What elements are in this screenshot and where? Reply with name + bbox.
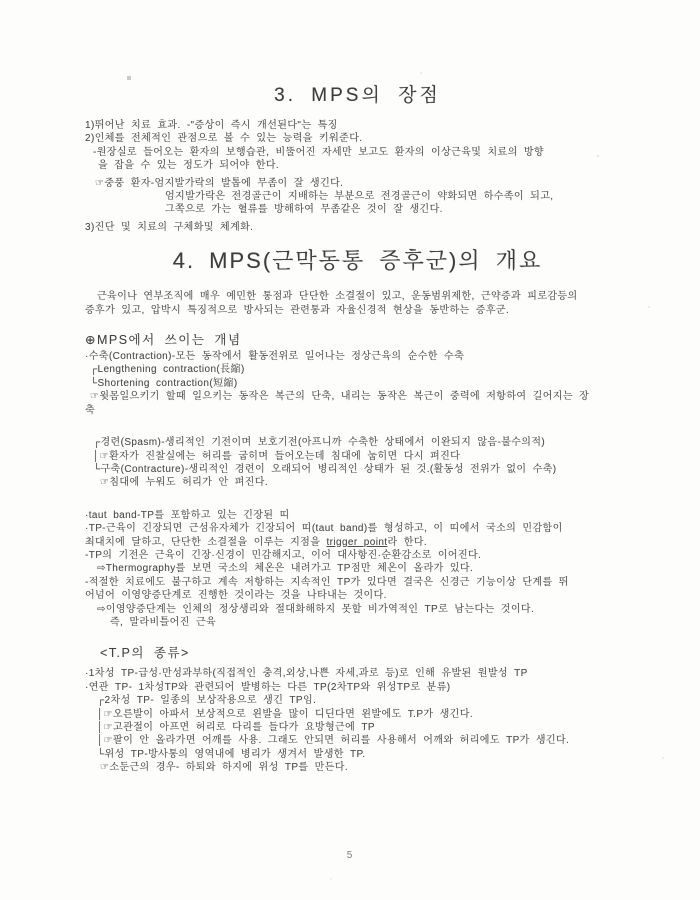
text-line: ☞침대에 누워도 허리가 안 펴진다.: [100, 476, 630, 489]
text-line: 3)진단 및 치료의 구체화및 체계화.: [85, 221, 630, 234]
text-line: 을 잡을 수 있는 정도가 되어야 한다.: [98, 159, 630, 172]
text-line: ☞윗몸일으키기 할때 일으키는 동작은 복근의 단축, 내리는 동작은 복근이 …: [90, 390, 630, 403]
text-line: ·taut band-TP를 포함하고 있는 긴장된 띠: [85, 509, 630, 522]
tp-types-body: ·1차성 TP-급성·만성과부하(직접적인 충격,외상,나쁜 자세,과로 등)로…: [85, 667, 630, 774]
section3-title: 3. MPS의 장점: [85, 86, 630, 106]
text-line: ☞소둔근의 경우- 하퇴와 하지에 위성 TP를 만든다.: [100, 761, 630, 774]
trigger-point-underlined: trigger point: [326, 537, 387, 548]
trigger-point-line: 최대치에 달하고, 단단한 소결절을 이루는 지점을 trigger point…: [85, 536, 630, 549]
spasm-body: ┌경련(Spasm)-생리적인 기전이며 보호기전(아프니까 수축한 상태에서 …: [85, 436, 630, 490]
text-line: -적절한 치료에도 불구하고 계속 저항하는 지속적인 TP가 있다면 결국은 …: [85, 576, 630, 589]
section4-intro: 근육이나 연부조직에 매우 예민한 통점과 단단한 소결절이 있고, 운동범위제…: [85, 290, 630, 317]
text-line: ·수축(Contraction)-모든 동작에서 활동전위로 일어나는 정상근육…: [85, 350, 630, 363]
document-body: 3. MPS의 장점 1)뛰어난 치료 효과. -"증상이 즉시 개선된다"는 …: [85, 0, 630, 775]
text-line: 1)뛰어난 치료 효과. -"증상이 즉시 개선된다"는 특징: [85, 119, 630, 132]
text-line: ┌경련(Spasm)-생리적인 기전이며 보호기전(아프니까 수축한 상태에서 …: [93, 436, 630, 449]
text-line: └Shortening contraction(短縮): [90, 377, 630, 390]
text-line: ┌2차성 TP- 일종의 보상작용으로 생긴 TP임.: [97, 694, 630, 707]
text-line: │☞팔이 안 올라가면 어깨를 사용. 그래도 안되면 허리를 사용해서 어깨와…: [97, 734, 630, 747]
text-line: 그쪽으로 가는 혈류를 방해하여 무좀같은 것이 잘 생긴다.: [165, 203, 630, 216]
text-line: 엄지발가락은 전경골근이 지배하는 부분으로 전경골근이 약화되면 하수족이 되…: [165, 190, 630, 203]
text-line: ·1차성 TP-급성·만성과부하(직접적인 충격,외상,나쁜 자세,과로 등)로…: [85, 667, 630, 680]
text-line: -원장실로 들어오는 환자의 보행습관, 비뚤어진 자세만 보고도 환자의 이상…: [93, 146, 630, 159]
text-line: 2)인체를 전체적인 관점으로 볼 수 있는 능력을 키워준다.: [85, 132, 630, 145]
text-line: └구축(Contracture)-생리적인 경련이 오래되어 병리적인 상태가 …: [93, 463, 630, 476]
trigger-line-pre: 최대치에 달하고, 단단한 소결절을 이루는 지점을: [85, 537, 326, 548]
text-line: ·연관 TP- 1차성TP와 관련되어 발병하는 다른 TP(2차TP와 위성T…: [85, 681, 630, 694]
concepts-heading: ⊕MPS에서 쓰이는 개념: [85, 332, 630, 348]
text-line: │☞고관절이 아프면 허리로 다리를 들다가 요방형근에 TP: [97, 721, 630, 734]
text-line: │☞오른발이 아파서 보상적으로 왼발을 많이 디딘다면 왼발에도 T.P가 생…: [97, 708, 630, 721]
text-line: ⇨Thermography를 보면 국소의 체온은 내려가고 TP점만 체온이 …: [97, 562, 630, 575]
text-line: 근육이나 연부조직에 매우 예민한 통점과 단단한 소결절이 있고, 운동범위제…: [97, 290, 630, 303]
text-line: ⇨이영양증단계는 인체의 정상생리와 절대화해하지 못할 비가역적인 TP로 남…: [97, 603, 630, 616]
text-line: ·TP-근육이 긴장되면 근섬유자체가 긴장되어 띠(taut band)를 형…: [85, 522, 630, 535]
scan-artifacts: [0, 0, 2, 2]
page-number: 5: [0, 850, 700, 861]
text-line: -TP의 기전은 근육이 긴장·신경이 민감해지고, 이어 대사항진·순환감소로…: [85, 549, 630, 562]
text-line: 증후가 있고, 압박시 특징적으로 방사되는 관련통과 자율신경적 현상을 동반…: [85, 304, 630, 317]
taut-band-body: ·taut band-TP를 포함하고 있는 긴장된 띠 ·TP-근육이 긴장되…: [85, 509, 630, 630]
section4-title: 4. MPS(근막동통 증후군)의 개요: [85, 249, 630, 272]
section3-body: 1)뛰어난 치료 효과. -"증상이 즉시 개선된다"는 특징 2)인체를 전체…: [85, 119, 630, 234]
trigger-line-post: 라 한다.: [387, 537, 427, 548]
text-line: 즉, 말라비틀어진 근육: [110, 616, 630, 629]
text-line: ☞중풍 환자-엄지발가락의 발톱에 무좀이 잘 생긴다.: [95, 177, 630, 190]
tp-types-heading: <T.P의 종류>: [100, 645, 630, 661]
text-line: 어넘어 이영양증단계로 진행한 것이라는 것을 나타내는 것이다.: [85, 589, 630, 602]
concepts-body: ·수축(Contraction)-모든 동작에서 활동전위로 일어나는 정상근육…: [85, 350, 630, 417]
text-line: 축: [85, 404, 630, 417]
text-line: └위성 TP-방사통의 영역내에 병리가 생겨서 발생한 TP.: [97, 748, 630, 761]
text-line: │☞환자가 진찰실에는 허리를 굽히며 들어오는데 침대에 눕히면 다시 펴진다: [93, 450, 630, 463]
scanned-document-page: 3. MPS의 장점 1)뛰어난 치료 효과. -"증상이 즉시 개선된다"는 …: [0, 0, 700, 900]
text-line: ┌Lengthening contraction(長縮): [90, 363, 630, 376]
